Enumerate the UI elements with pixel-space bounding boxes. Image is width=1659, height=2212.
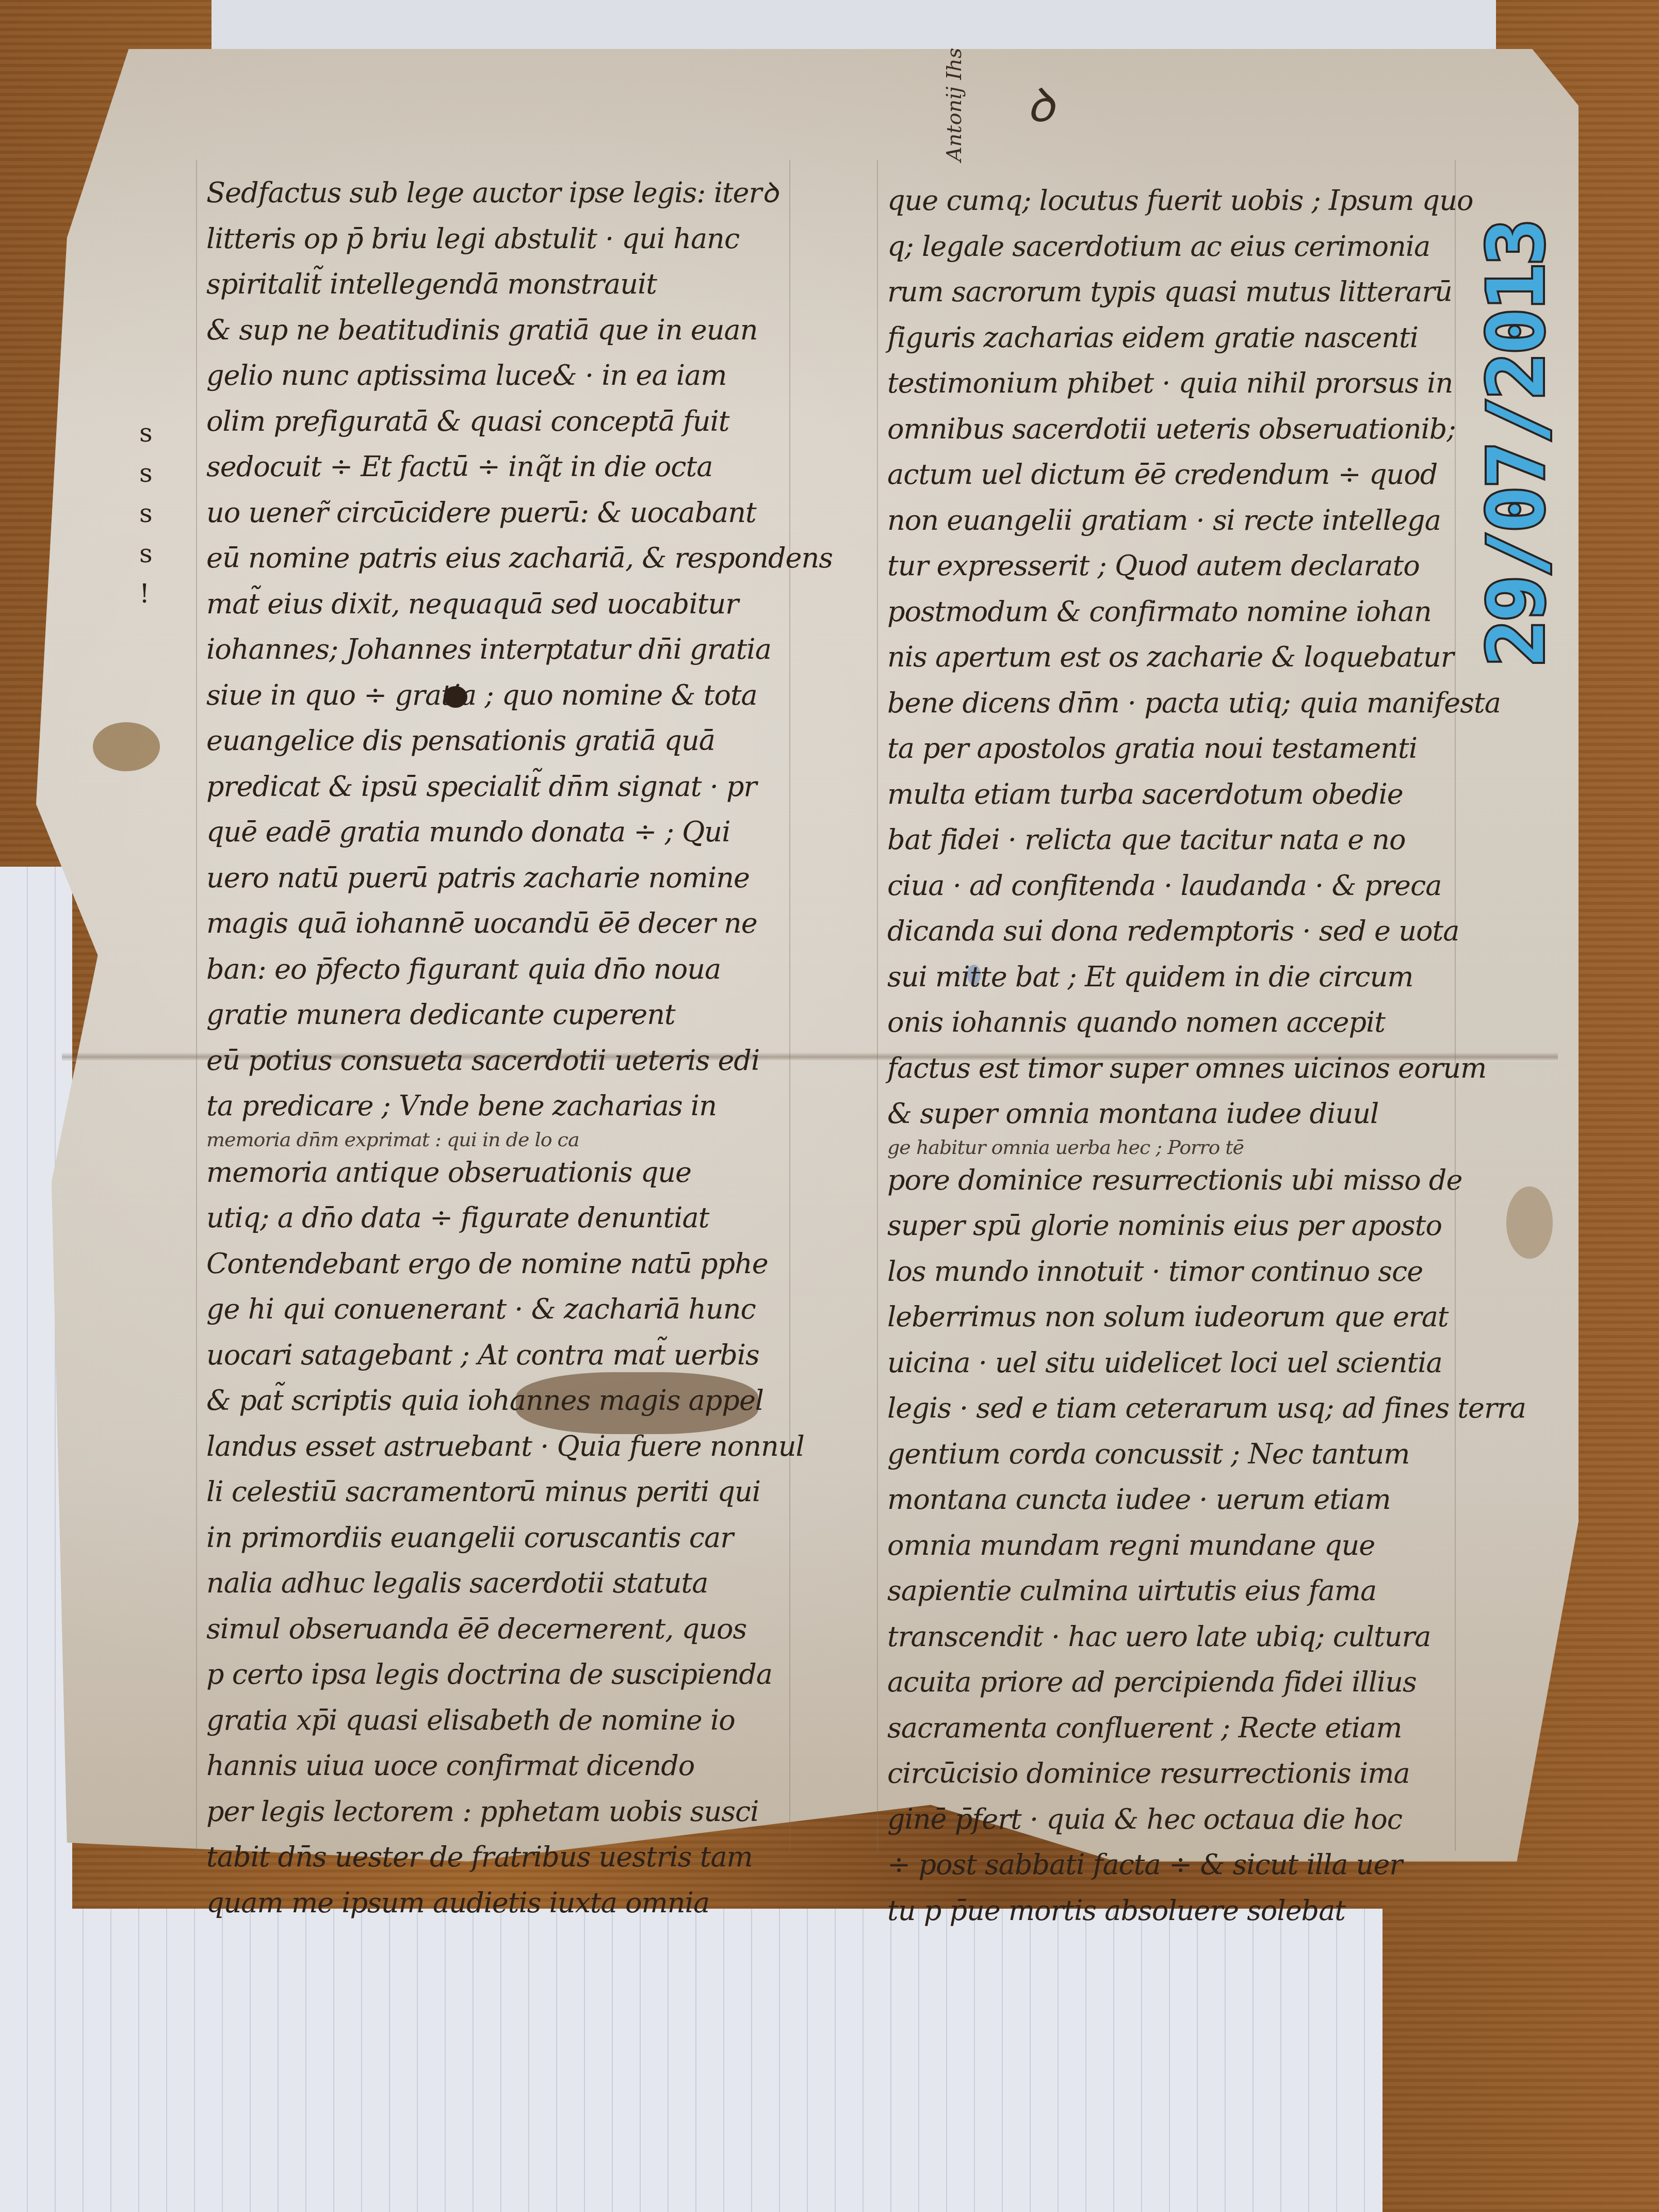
text-line: sedocuit ÷ Et factū ÷ inq̃t in die octa bbox=[206, 444, 779, 490]
text-line: bat fidei · relicta que tacitur nata e n… bbox=[887, 817, 1444, 863]
text-line: spiritalit̃ intellegendā monstrauit bbox=[206, 262, 779, 307]
text-line: leberrimus non solum iudeorum que erat bbox=[887, 1294, 1444, 1340]
text-line: non euangelii gratiam · si recte intelle… bbox=[887, 498, 1444, 544]
text-line: factus est timor super omnes uicinos eor… bbox=[887, 1046, 1444, 1092]
text-line: ginē p̄fert · quia & hec octaua die hoc bbox=[887, 1797, 1444, 1843]
text-line: super spū glorie nominis eius per aposto bbox=[887, 1203, 1444, 1249]
text-line: gratie munera dedicante cuperent bbox=[206, 992, 779, 1038]
marginal-scrawl: Antonij Ihs bbox=[942, 48, 966, 162]
text-line: litteris op p̄ briu legi abstulit · qui … bbox=[206, 216, 779, 262]
text-line: siue in quo ÷ gratia ; quo nomine & tota bbox=[206, 673, 779, 719]
margin-mark: s bbox=[139, 493, 153, 533]
text-line: tur expresserit ; Quod autem declarato bbox=[887, 543, 1444, 589]
text-line: uocari satagebant ; At contra mat̃ uerbi… bbox=[206, 1332, 779, 1378]
text-line: figuris zacharias eidem gratie nascenti bbox=[887, 315, 1444, 361]
water-stain bbox=[1506, 1186, 1553, 1259]
margin-mark: s bbox=[139, 413, 153, 453]
text-line: Contendebant ergo de nomine natū pphe bbox=[206, 1241, 779, 1287]
text-line: ta predicare ; Vnde bene zacharias in bbox=[206, 1083, 779, 1129]
water-stain bbox=[93, 722, 160, 771]
margin-mark: ! bbox=[139, 574, 153, 614]
text-line: q; legale sacerdotium ac eius cerimonia bbox=[887, 224, 1444, 270]
text-line: sui mitte bat ; Et quidem in die circum bbox=[887, 954, 1444, 1000]
text-line: pore dominice resurrectionis ubi misso d… bbox=[887, 1158, 1444, 1203]
text-line: uicina · uel situ uidelicet loci uel sci… bbox=[887, 1340, 1444, 1386]
date-stamp-text: 29/07/2013 bbox=[1472, 221, 1562, 666]
text-line: tabit dn̄s uester de fratribus uestris t… bbox=[206, 1834, 779, 1880]
text-line: ban: eo p̄fecto figurant quia dn̄o noua bbox=[206, 947, 779, 993]
text-line: magis quā iohannē uocandū ēē decer ne bbox=[206, 901, 779, 947]
text-line: uo uener̃ circūcidere puerū: & uocabant bbox=[206, 490, 779, 536]
text-line: uero natū puerū patris zacharie nomine bbox=[206, 855, 779, 901]
text-line: Sedfactus sub lege auctor ipse legis: it… bbox=[206, 170, 779, 216]
text-line: nis apertum est os zacharie & loquebatur bbox=[887, 635, 1444, 680]
text-line: landus esset astruebant · Quia fuere non… bbox=[206, 1424, 779, 1470]
text-line: que cumq; locutus fuerit uobis ; Ipsum q… bbox=[887, 178, 1444, 224]
text-line: li celestiū sacramentorū minus periti qu… bbox=[206, 1469, 779, 1515]
left-margin-marks: ssss! bbox=[139, 413, 153, 614]
text-line: actum uel dictum ēē credendum ÷ quod bbox=[887, 452, 1444, 498]
interlinear-line: memoria dn̄m exprimat : qui in de lo ca bbox=[206, 1129, 779, 1150]
text-line: iohannes; Johannes interptatur dn̄i grat… bbox=[206, 627, 779, 673]
text-line: legis · sed e tiam ceterarum usq; ad fin… bbox=[887, 1386, 1444, 1432]
text-line: postmodum & confirmato nomine iohan bbox=[887, 589, 1444, 635]
text-line: & super omnia montana iudee diuul bbox=[887, 1091, 1444, 1137]
margin-mark: s bbox=[139, 453, 153, 493]
text-line: onis iohannis quando nomen accepit bbox=[887, 1000, 1444, 1046]
text-line: gratia xp̄i quasi elisabeth de nomine io bbox=[206, 1698, 779, 1744]
text-line: & sup ne beatitudinis gratiā que in euan bbox=[206, 307, 779, 353]
marginal-flourish: ꝺ bbox=[1027, 72, 1054, 135]
text-line: sacramenta confluerent ; Recte etiam bbox=[887, 1705, 1444, 1751]
text-line: tu p p̄ue mortis absoluere solebat bbox=[887, 1888, 1444, 1934]
date-stamp: 29/07/2013 bbox=[1465, 232, 1568, 655]
text-line: utiq; a dn̄o data ÷ figurate denuntiat bbox=[206, 1195, 779, 1241]
margin-mark: s bbox=[139, 533, 153, 574]
text-line: circūcisio dominice resurrectionis ima bbox=[887, 1751, 1444, 1797]
text-line: montana cuncta iudee · uerum etiam bbox=[887, 1477, 1444, 1523]
text-line: mat̃ eius dixit, nequaquā sed uocabitur bbox=[206, 581, 779, 627]
top-marginalia: Antonij Ihs ꝺ bbox=[898, 72, 1114, 175]
text-line: & pat̃ scriptis quia iohannes magis appe… bbox=[206, 1378, 779, 1424]
text-line: ta per apostolos gratia noui testamenti bbox=[887, 726, 1444, 772]
text-line: predicat & ipsū specialit̃ dn̄m signat ·… bbox=[206, 764, 779, 810]
text-line: acuita priore ad percipienda fidei illiu… bbox=[887, 1660, 1444, 1705]
text-line: hannis uiua uoce confirmat dicendo bbox=[206, 1743, 779, 1789]
text-line: gentium corda concussit ; Nec tantum bbox=[887, 1432, 1444, 1477]
text-line: simul obseruanda ēē decernerent, quos bbox=[206, 1606, 779, 1652]
text-line: bene dicens dn̄m · pacta utiq; quia mani… bbox=[887, 680, 1444, 726]
text-line: quē eadē gratia mundo donata ÷ ; Qui bbox=[206, 809, 779, 855]
text-line: dicanda sui dona redemptoris · sed e uot… bbox=[887, 908, 1444, 954]
text-line: quam me ipsum audietis iuxta omnia bbox=[206, 1880, 779, 1926]
text-line: omnibus sacerdotii ueteris obseruationib… bbox=[887, 406, 1444, 452]
text-line: memoria antique obseruationis que bbox=[206, 1150, 779, 1196]
text-column-left: Sedfactus sub lege auctor ipse legis: it… bbox=[206, 170, 779, 1926]
text-line: sapientie culmina uirtutis eius fama bbox=[887, 1568, 1444, 1614]
text-line: nalia adhuc legalis sacerdotii statuta bbox=[206, 1560, 779, 1606]
text-line: per legis lectorem : pphetam uobis susci bbox=[206, 1789, 779, 1835]
text-line: ciua · ad confitenda · laudanda · & prec… bbox=[887, 863, 1444, 909]
text-line: p certo ipsa legis doctrina de suscipien… bbox=[206, 1652, 779, 1698]
text-line: euangelice dis pensationis gratiā quā bbox=[206, 718, 779, 764]
text-column-right: que cumq; locutus fuerit uobis ; Ipsum q… bbox=[887, 178, 1444, 1933]
text-line: transcendit · hac uero late ubiq; cultur… bbox=[887, 1614, 1444, 1660]
text-line: ge hi qui conuenerant · & zachariā hunc bbox=[206, 1287, 779, 1332]
text-line: omnia mundam regni mundane que bbox=[887, 1523, 1444, 1569]
ruling-line bbox=[196, 160, 197, 1851]
lined-paper-bottom bbox=[0, 1909, 1382, 2212]
interlinear-line: ge habitur omnia uerba hec ; Porro tē bbox=[887, 1137, 1444, 1158]
text-line: testimonium phibet · quia nihil prorsus … bbox=[887, 361, 1444, 406]
text-line: los mundo innotuit · timor continuo sce bbox=[887, 1249, 1444, 1295]
text-line: in primordiis euangelii coruscantis car bbox=[206, 1515, 779, 1561]
ruling-line bbox=[877, 160, 878, 1851]
text-line: ÷ post sabbati facta ÷ & sicut illa uer bbox=[887, 1842, 1444, 1888]
text-line: eū nomine patris eius zachariā, & respon… bbox=[206, 535, 779, 581]
text-line: rum sacrorum typis quasi mutus litterarū bbox=[887, 269, 1444, 315]
text-line: eū potius consueta sacerdotii ueteris ed… bbox=[206, 1038, 779, 1084]
ruling-line bbox=[789, 160, 790, 1851]
text-line: multa etiam turba sacerdotum obedie bbox=[887, 772, 1444, 818]
text-line: olim prefiguratā & quasi conceptā fuit bbox=[206, 399, 779, 445]
text-line: gelio nunc aptissima luce& · in ea iam bbox=[206, 353, 779, 399]
